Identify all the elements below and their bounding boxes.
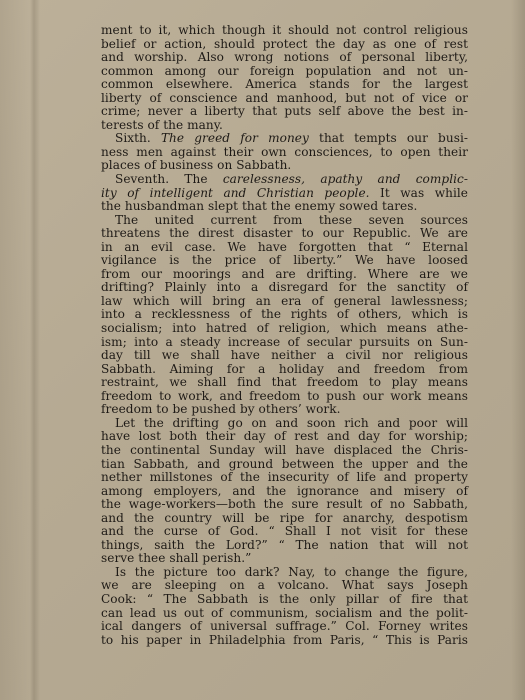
text-line: and the country will be ripe for anarchy… (101, 512, 468, 526)
text-line: the continental Sunday will have displac… (101, 444, 468, 458)
text-line: tian Sabbath, and ground between the upp… (101, 458, 468, 472)
text-line: and the curse of God. “ Shall I not visi… (101, 525, 468, 539)
text-line: Sabbath. Aiming for a holiday and freedo… (101, 363, 468, 377)
text-line: places of business on Sabbath. (101, 159, 468, 173)
text-line: common elsewhere. America stands for the… (101, 78, 468, 92)
text-line: ness men against their own consciences, … (101, 146, 468, 160)
text-line: the husbandman slept that the enemy sowe… (101, 200, 468, 214)
text-run: Seventh. The (115, 172, 223, 186)
text-line: freedom to be pushed by others’ work. (101, 403, 468, 417)
text-line: terests of the many. (101, 119, 468, 133)
text-line: restraint, we shall find that freedom to… (101, 376, 468, 390)
text-run: It was while (370, 186, 468, 200)
text-line: Is the picture too dark? Nay, to change … (101, 566, 468, 580)
text-line: ical dangers of universal suffrage.” Col… (101, 620, 468, 634)
text-line: ism; into a steady increase of secular p… (101, 336, 468, 350)
text-line: can lead us out of communism, socialism … (101, 607, 468, 621)
text-line: serve thee shall perish.” (101, 552, 468, 566)
text-line: drifting? Plainly into a disregard for t… (101, 281, 468, 295)
text-line: The united current from these seven sour… (101, 214, 468, 228)
body-text: ment to it, which though it should not c… (101, 24, 468, 647)
text-line: we are sleeping on a volcano. What says … (101, 579, 468, 593)
text-line: things, saith the Lord?” “ The nation th… (101, 539, 468, 553)
text-line: ment to it, which though it should not c… (101, 24, 468, 38)
text-line: belief or action, should protect the day… (101, 38, 468, 52)
text-line: socialism; into hatred of religion, whic… (101, 322, 468, 336)
emphasis-text: The greed for money (161, 131, 309, 145)
emphasis-text: carelessness, apathy and complic- (223, 172, 468, 186)
text-line: Let the drifting go on and soon rich and… (101, 417, 468, 431)
text-line: common among our foreign population and … (101, 65, 468, 79)
text-line: among employers, and the ignorance and m… (101, 485, 468, 499)
text-line: vigilance is the price of liberty.” We h… (101, 254, 468, 268)
emphasis-text: ity of intelligent and Christian people. (101, 186, 370, 200)
text-line: crime; never a liberty that puts self ab… (101, 105, 468, 119)
text-line: Sixth. The greed for money that tempts o… (101, 132, 468, 146)
text-line: from our moorings and are drifting. Wher… (101, 268, 468, 282)
text-run: Sixth. (115, 131, 161, 145)
text-line: into a recklessness of the rights of oth… (101, 308, 468, 322)
text-line: day till we shall have neither a civil n… (101, 349, 468, 363)
text-line: freedom to work, and freedom to push our… (101, 390, 468, 404)
text-line: threatens the direst disaster to our Rep… (101, 227, 468, 241)
text-line: law which will bring an era of general l… (101, 295, 468, 309)
text-line: to his paper in Philadelphia from Paris,… (101, 634, 468, 648)
text-line: and worship. Also wrong notions of perso… (101, 51, 468, 65)
text-line: ity of intelligent and Christian people.… (101, 187, 468, 201)
text-line: the wage-workers—both the sure result of… (101, 498, 468, 512)
text-line: Cook: “ The Sabbath is the only pillar o… (101, 593, 468, 607)
text-line: nether millstones of the insecurity of l… (101, 471, 468, 485)
text-line: Seventh. The carelessness, apathy and co… (101, 173, 468, 187)
text-run: that tempts our busi- (309, 131, 468, 145)
text-line: in an evil case. We have forgotten that … (101, 241, 468, 255)
paper-page: ment to it, which though it should not c… (0, 0, 525, 700)
text-line: liberty of conscience and manhood, but n… (101, 92, 468, 106)
text-line: have lost both their day of rest and day… (101, 430, 468, 444)
